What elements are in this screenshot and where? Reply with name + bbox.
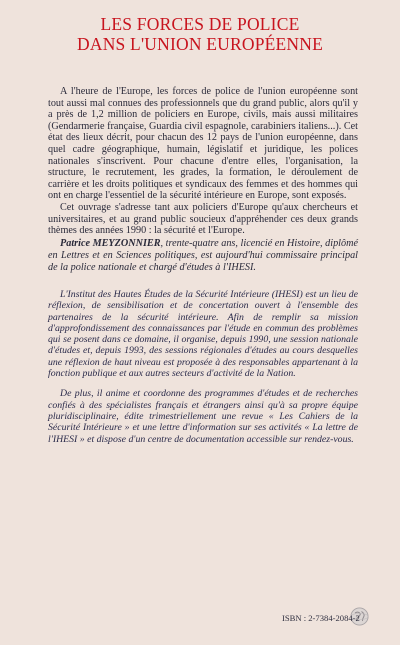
publisher-description: L'Institut des Hautes Études de la Sécur…	[48, 289, 358, 445]
isbn-number: ISBN : 2-7384-2084-2	[282, 613, 360, 623]
author-bio: Patrice MEYZONNIER, trente-quatre ans, l…	[48, 238, 358, 273]
summary-paragraph-2: Cet ouvrage s'adresse tant aux policiers…	[48, 202, 358, 237]
isbn-area: ISBN : 2-7384-2084-2	[282, 609, 360, 627]
ihesi-paragraph-1: L'Institut des Hautes Études de la Sécur…	[48, 289, 358, 379]
book-summary: A l'heure de l'Europe, les forces de pol…	[48, 86, 358, 237]
author-name: Patrice MEYZONNIER	[60, 238, 161, 249]
book-title: LES FORCES DE POLICE DANS L'UNION EUROPÉ…	[0, 14, 400, 54]
ihesi-paragraph-2: De plus, il anime et coordonne des progr…	[48, 388, 358, 444]
title-line-1: LES FORCES DE POLICE	[0, 14, 400, 34]
summary-paragraph-1: A l'heure de l'Europe, les forces de pol…	[48, 86, 358, 202]
title-line-2: DANS L'UNION EUROPÉENNE	[0, 34, 400, 54]
